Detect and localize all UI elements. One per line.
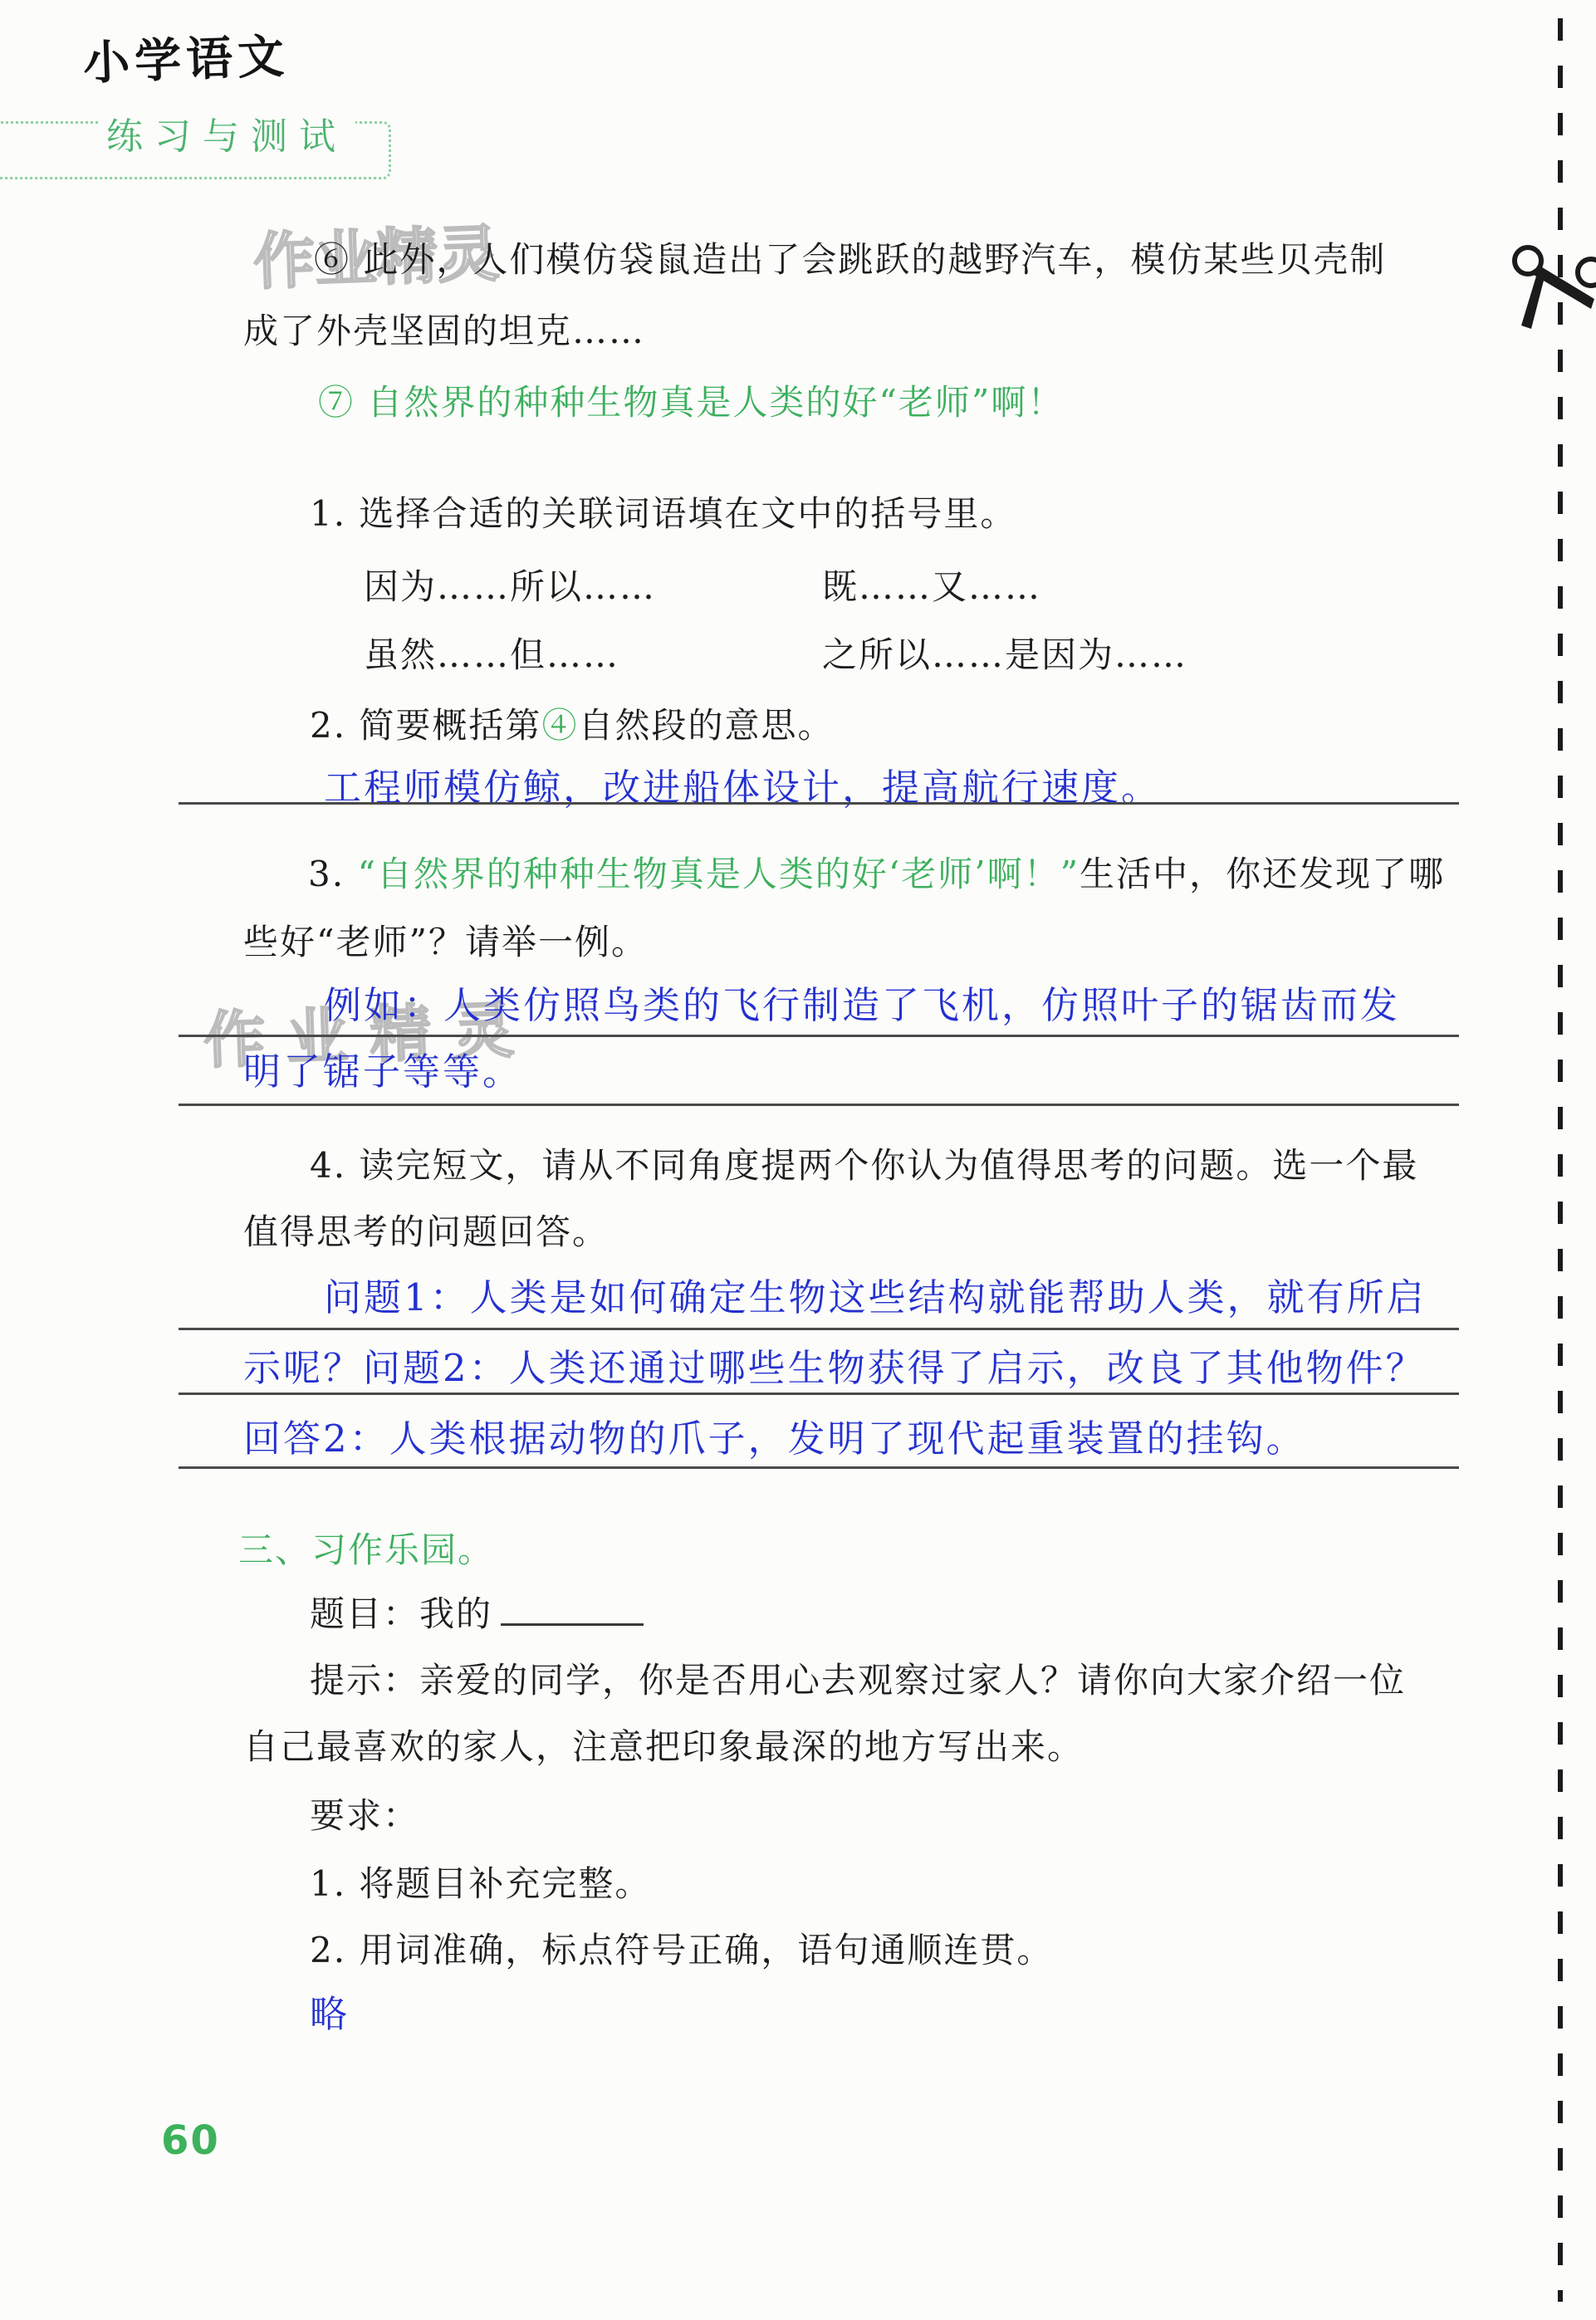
q4-answer-line2: 示呢？问题2：人类还通过哪些生物获得了启示，改良了其他物件？ (243, 1338, 1426, 1392)
q3-quote: “自然界的种种生物真是人类的好‘老师’啊！” (357, 854, 1080, 894)
passage-p6-line2: 成了外壳坚固的坦克…… (243, 304, 645, 354)
q1-option-2: 既……又…… (822, 560, 1041, 609)
answer-rule-line (179, 1104, 1459, 1106)
q2-text-suffix: 自然段的意思。 (578, 705, 834, 746)
passage-p6-line1: ⑥ 此外，人们模仿袋鼠造出了会跳跃的越野汽车，模仿某些贝壳制 (314, 232, 1386, 282)
title-blank-line (501, 1615, 644, 1626)
answer-rule-line (179, 1392, 1459, 1395)
q4-answer-line1: 问题1：人类是如何确定生物这些结构就能帮助人类，就有所启 (324, 1267, 1427, 1321)
q3-answer-line1: 例如：人类仿照鸟类的飞行制造了飞机，仿照叶子的锯齿而发 (324, 975, 1400, 1029)
composition-answer: 略 (310, 1984, 350, 2038)
logo-subtitle: 练习与测试 (98, 106, 355, 159)
composition-hint-line1: 提示：亲爱的同学，你是否用心去观察过家人？请你向大家介绍一位 (310, 1653, 1406, 1703)
answer-rule-line (179, 802, 1459, 805)
composition-title-text: 题目：我的 (310, 1593, 492, 1634)
q3-number: 3. (308, 854, 357, 894)
question-2-label: 2. 简要概括第④自然段的意思。 (310, 698, 834, 748)
q1-option-4: 之所以……是因为…… (822, 628, 1187, 678)
composition-hint-line2: 自己最喜欢的家人，注意把印象最深的地方写出来。 (243, 1720, 1084, 1769)
question-3-label-line1: 3. “自然界的种种生物真是人类的好‘老师’啊！”生活中，你还发现了哪 (308, 847, 1445, 897)
q4-answer-line3: 回答2：人类根据动物的爪子，发明了现代起重装置的挂钩。 (243, 1408, 1306, 1462)
scissors-icon (1493, 229, 1596, 341)
question-4-label-line1: 4. 读完短文，请从不同角度提两个你认为值得思考的问题。选一个最 (310, 1138, 1418, 1188)
question-1-label: 1. 选择合适的关联词语填在文中的括号里。 (310, 487, 1016, 536)
q2-text-prefix: 2. 简要概括第 (310, 705, 541, 746)
composition-title-line: 题目：我的 (310, 1587, 644, 1637)
answer-rule-line (179, 1466, 1459, 1469)
logo-title: 小学语文 (82, 20, 291, 94)
requirements-label: 要求： (310, 1789, 419, 1838)
workbook-page: 小学语文 练习与测试 作业精灵 作业精灵 ⑥ 此外，人们模仿袋鼠造出了会跳跃的越… (0, 0, 1596, 2320)
q3-rest: 生活中，你还发现了哪 (1080, 854, 1445, 894)
q1-option-3: 虽然……但…… (364, 628, 619, 678)
answer-rule-line (179, 1328, 1459, 1330)
question-3-label-line2: 些好“老师”？请举一例。 (243, 915, 648, 965)
requirement-1: 1. 将题目补充完整。 (310, 1857, 651, 1906)
cut-dashed-line (1558, 18, 1563, 2302)
page-number: 60 (161, 2117, 220, 2164)
q3-answer-line2: 明了锯子等等。 (243, 1041, 522, 1095)
requirement-2: 2. 用词准确，标点符号正确，语句通顺连贯。 (310, 1923, 1053, 1973)
passage-p7-line: ⑦ 自然界的种种生物真是人类的好“老师”啊！ (318, 375, 1064, 425)
q2-paragraph-circle: ④ (541, 705, 578, 746)
question-4-label-line2: 值得思考的问题回答。 (243, 1205, 609, 1255)
section-3-heading: 三、习作乐园。 (238, 1523, 494, 1573)
answer-rule-line (179, 1035, 1459, 1037)
q1-option-1: 因为……所以…… (364, 560, 656, 609)
